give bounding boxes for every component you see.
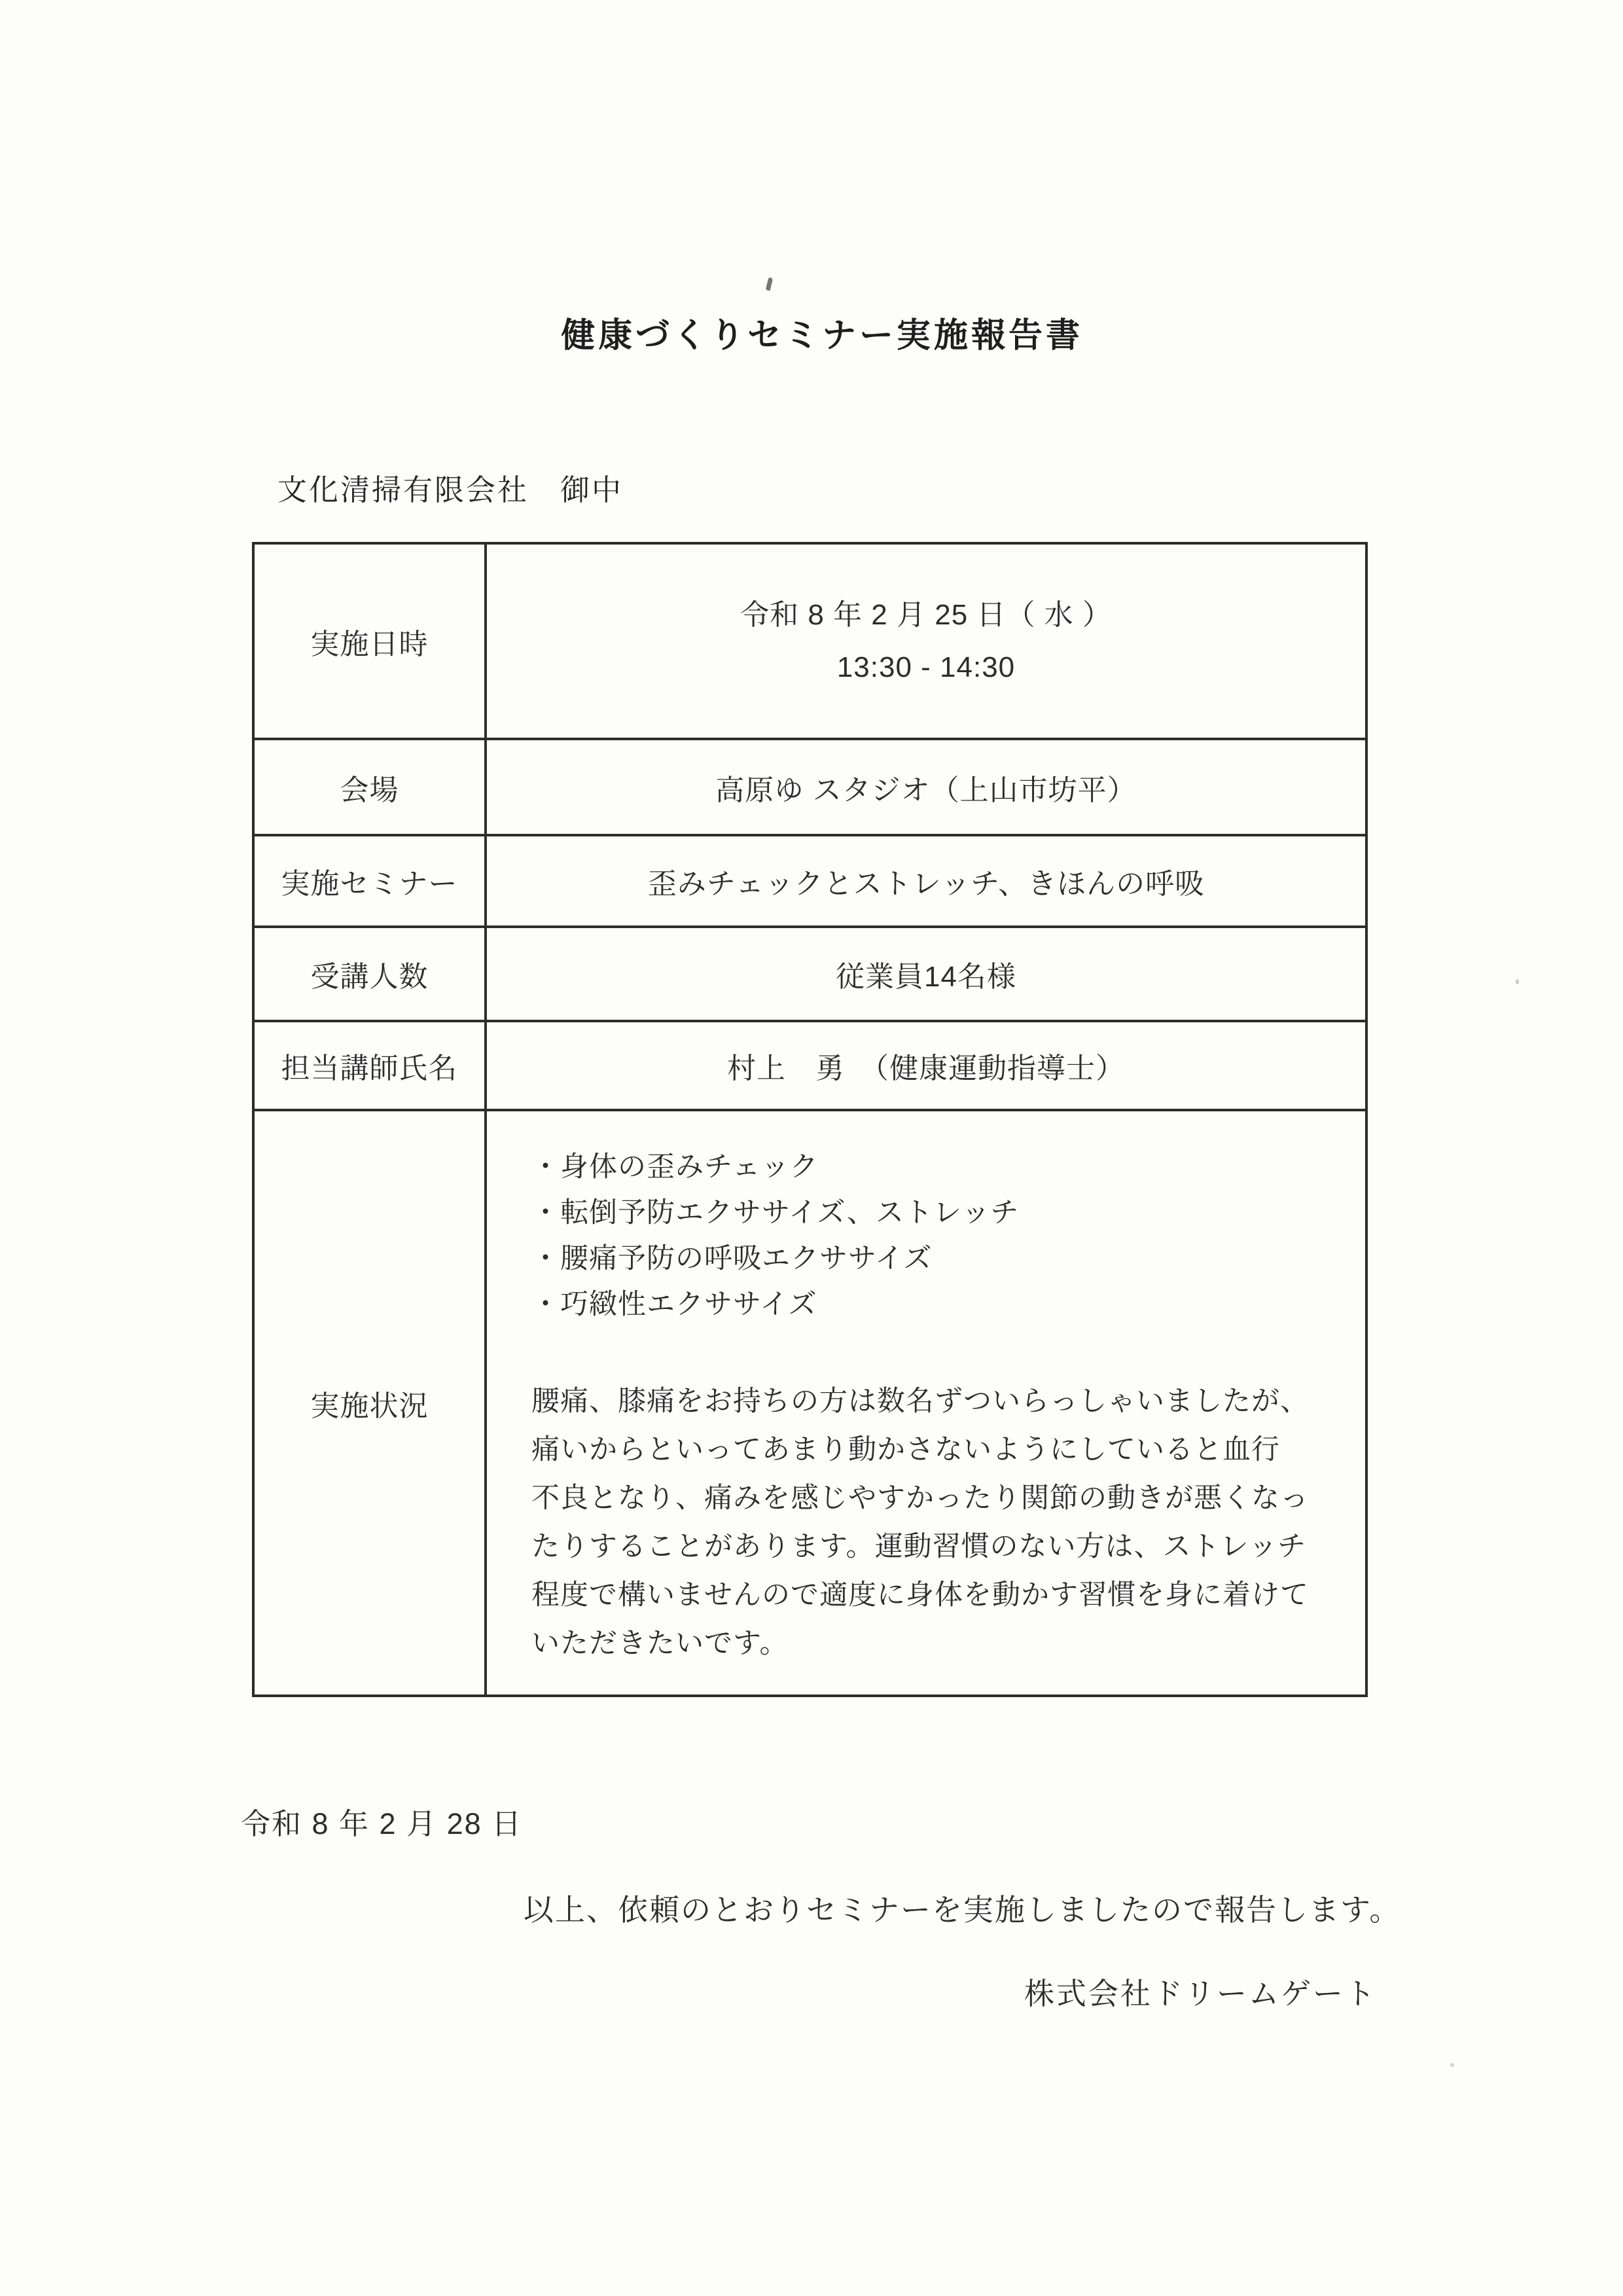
scanned-report-page: 健康づくりセミナー実施報告書 文化清掃有限会社 御中 実施日時 令和 8 年 2… [0, 0, 1623, 2296]
status-bullet-item: ・巧緻性エクササイズ [531, 1282, 1019, 1327]
status-paragraph: 腰痛、膝痛をお持ちの方は数名ずついらっしゃいましたが、 痛いからといってあまり動… [531, 1377, 1309, 1668]
status-bullet-list: ・身体の歪みチェック ・転倒予防エクササイズ、ストレッチ ・腰痛予防の呼吸エクサ… [531, 1144, 1019, 1327]
status-value: ・身体の歪みチェック ・転倒予防エクササイズ、ストレッチ ・腰痛予防の呼吸エクサ… [487, 1111, 1365, 1695]
report-date: 令和 8 年 2 月 28 日 [241, 1800, 522, 1842]
status-paragraph-line: いただきたいです。 [531, 1619, 1309, 1668]
implementation-date-line: 令和 8 年 2 月 25 日（ 水 ） [740, 589, 1112, 641]
venue-value: 高原ゆ スタジオ（上山市坊平） [487, 740, 1365, 836]
scan-speck [766, 277, 774, 291]
implementation-datetime-label: 実施日時 [255, 545, 487, 740]
status-bullet-item: ・身体の歪みチェック [531, 1144, 1019, 1190]
seminar-value: 歪みチェックとストレッチ、きほんの呼吸 [487, 836, 1365, 928]
recipient-line: 文化清掃有限会社 御中 [277, 466, 623, 509]
status-bullet-item: ・転倒予防エクササイズ、ストレッチ [531, 1190, 1019, 1236]
scan-speck [1516, 979, 1519, 984]
attendees-label: 受講人数 [255, 928, 487, 1022]
instructor-label: 担当講師氏名 [255, 1022, 487, 1111]
status-paragraph-line: 程度で構いませんので適度に身体を動かす習慣を身に着けて [531, 1571, 1309, 1619]
attendees-value: 従業員14名様 [487, 928, 1365, 1022]
status-paragraph-line: 腰痛、膝痛をお持ちの方は数名ずついらっしゃいましたが、 [531, 1377, 1309, 1426]
company-name: 株式会社ドリームゲート [1024, 1970, 1377, 2013]
status-paragraph-line: 不良となり、痛みを感じやすかったり関節の動きが悪くなっ [531, 1474, 1309, 1522]
implementation-datetime-value: 令和 8 年 2 月 25 日（ 水 ） 13:30 - 14:30 [487, 545, 1365, 740]
scan-speck [1450, 2063, 1454, 2067]
status-paragraph-line: 痛いからといってあまり動かさないようにしていると血行 [531, 1426, 1309, 1474]
implementation-time-line: 13:30 - 14:30 [837, 641, 1015, 694]
seminar-label: 実施セミナー [255, 836, 487, 928]
closing-statement: 以上、依頼のとおりセミナーを実施しましたので報告します。 [524, 1886, 1400, 1929]
page-title: 健康づくりセミナー実施報告書 [561, 308, 1083, 357]
report-table: 実施日時 令和 8 年 2 月 25 日（ 水 ） 13:30 - 14:30 … [252, 542, 1368, 1697]
venue-label: 会場 [255, 740, 487, 836]
status-bullet-item: ・腰痛予防の呼吸エクササイズ [531, 1236, 1019, 1282]
status-paragraph-line: たりすることがあります。運動習慣のない方は、ストレッチ [531, 1522, 1309, 1571]
status-label: 実施状況 [255, 1111, 487, 1695]
instructor-value: 村上 勇 （健康運動指導士） [487, 1022, 1365, 1111]
